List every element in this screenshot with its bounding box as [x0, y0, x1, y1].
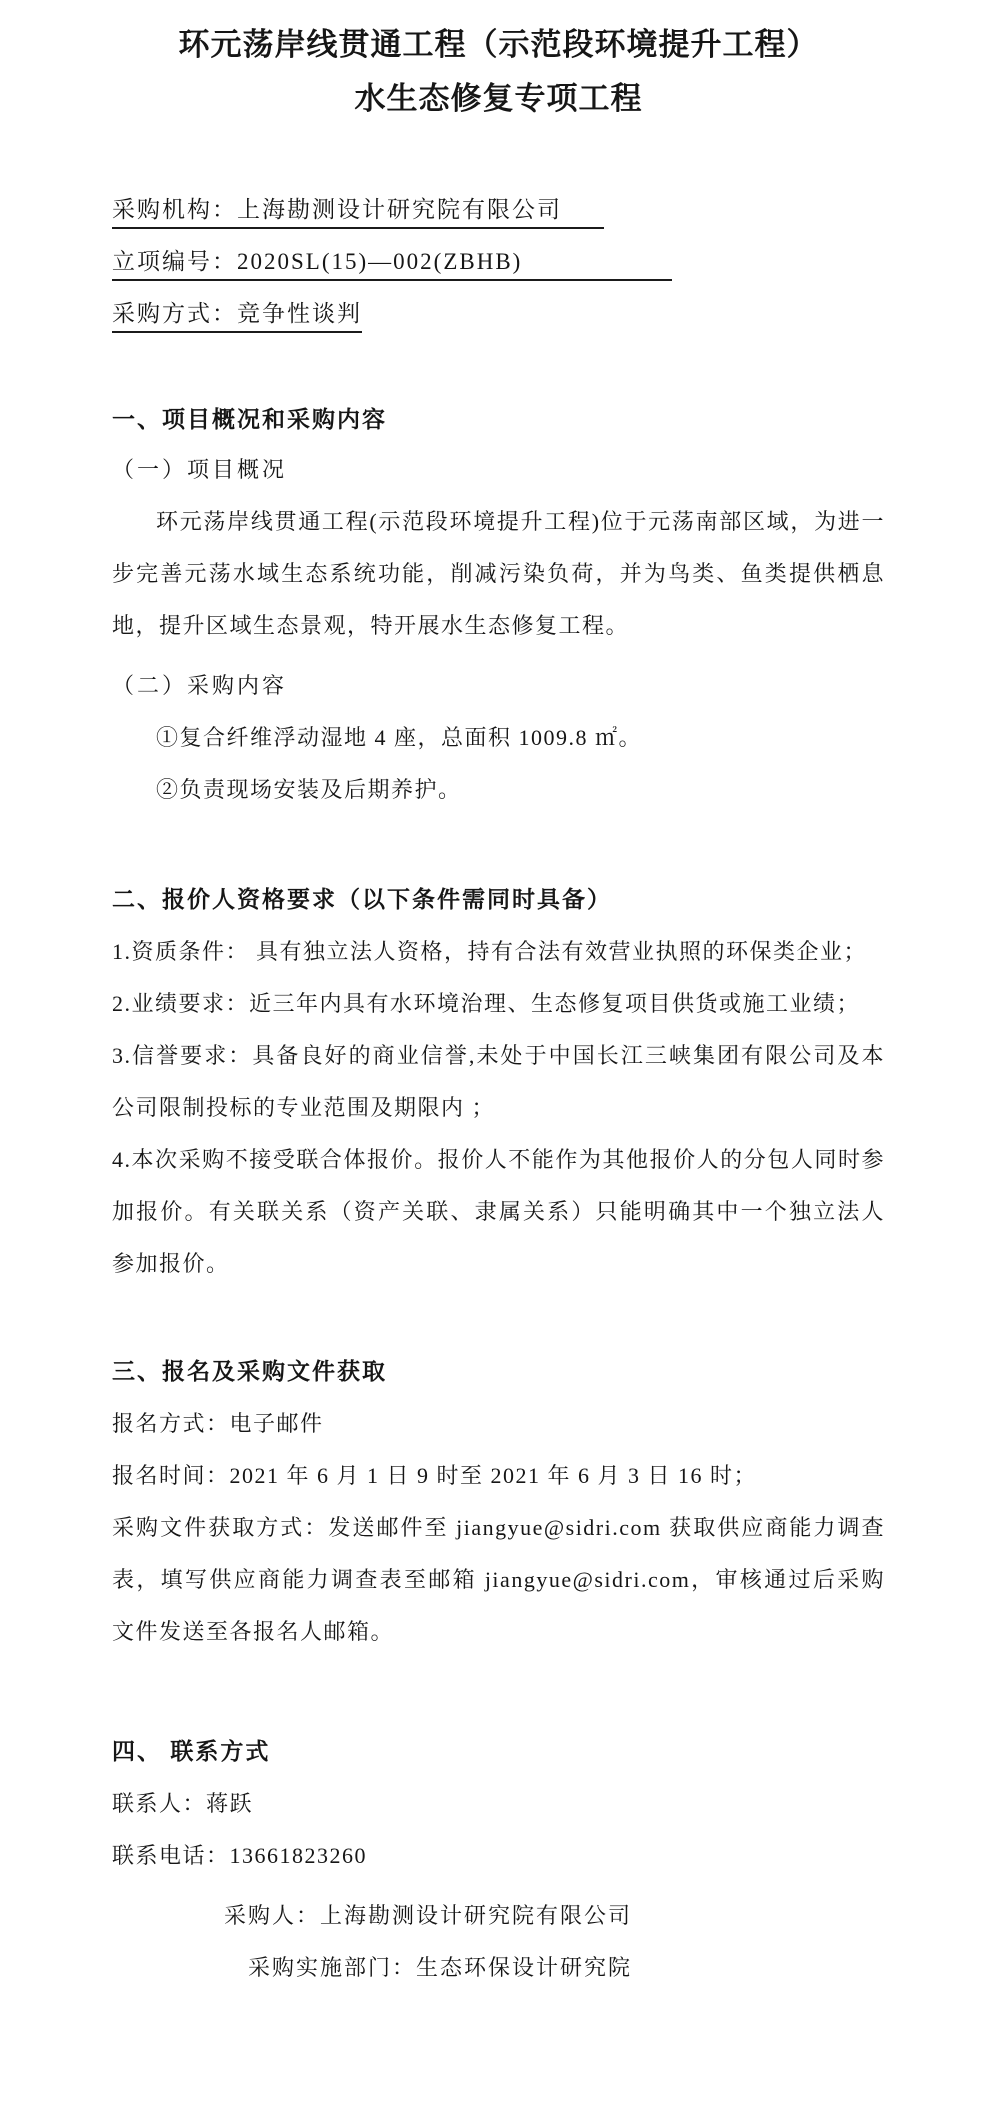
- section2-heading: 二、报价人资格要求（以下条件需同时具备）: [112, 882, 885, 916]
- document-title-line-1: 环元荡岸线贯通工程（示范段环境提升工程）: [112, 18, 885, 72]
- meta-project-no-text: 立项编号：2020SL(15)—002(ZBHB): [112, 247, 672, 281]
- meta-method-text: 采购方式：竞争性谈判: [112, 299, 362, 333]
- section2-requirement-3: 3.信誉要求：具备良好的商业信誉,未处于中国长江三峡集团有限公司及本公司限制投标…: [112, 1030, 885, 1134]
- meta-method-line: 采购方式：竞争性谈判: [112, 288, 885, 340]
- section2-requirement-4: 4.本次采购不接受联合体报价。报价人不能作为其他报价人的分包人同时参加报价。有关…: [112, 1134, 885, 1290]
- section4-contact-person: 联系人：蒋跃: [112, 1778, 885, 1830]
- document-title-line-2: 水生态修复专项工程: [112, 72, 885, 126]
- section1-procurement-item-1: ①复合纤维浮动湿地 4 座，总面积 1009.8 ㎡。: [112, 712, 885, 764]
- section2-requirement-2: 2.业绩要求：近三年内具有水环境治理、生态修复项目供货或施工业绩；: [112, 978, 885, 1030]
- section3-signup-time: 报名时间：2021 年 6 月 1 日 9 时至 2021 年 6 月 3 日 …: [112, 1450, 885, 1502]
- section1-subheading-content: （二）采购内容: [112, 660, 885, 712]
- meta-block: 采购机构：上海勘测设计研究院有限公司 立项编号：2020SL(15)—002(Z…: [112, 184, 885, 340]
- footer-purchaser: 采购人：上海勘测设计研究院有限公司: [112, 1890, 632, 1942]
- section3-file-access: 采购文件获取方式：发送邮件至 jiangyue@sidri.com 获取供应商能…: [112, 1502, 885, 1658]
- section1-heading: 一、项目概况和采购内容: [112, 402, 885, 436]
- section3-signup-method: 报名方式：电子邮件: [112, 1398, 885, 1450]
- section1-subheading-overview: （一）项目概况: [112, 444, 885, 496]
- meta-project-no-line: 立项编号：2020SL(15)—002(ZBHB): [112, 236, 885, 288]
- section2-requirement-1: 1.资质条件： 具有独立法人资格，持有合法有效营业执照的环保类企业；: [112, 926, 885, 978]
- footer-signature-block: 采购人：上海勘测设计研究院有限公司 采购实施部门：生态环保设计研究院: [112, 1890, 885, 1994]
- meta-agency-line: 采购机构：上海勘测设计研究院有限公司: [112, 184, 885, 236]
- section4-heading: 四、 联系方式: [112, 1734, 885, 1768]
- section1-overview-paragraph: 环元荡岸线贯通工程(示范段环境提升工程)位于元荡南部区域，为进一步完善元荡水域生…: [112, 496, 885, 652]
- footer-department: 采购实施部门：生态环保设计研究院: [112, 1942, 632, 1994]
- document-page: 环元荡岸线贯通工程（示范段环境提升工程） 水生态修复专项工程 采购机构：上海勘测…: [0, 0, 1000, 2103]
- meta-agency-text: 采购机构：上海勘测设计研究院有限公司: [112, 195, 604, 229]
- section4-contact-phone: 联系电话：13661823260: [112, 1830, 885, 1882]
- section1-procurement-item-2: ②负责现场安装及后期养护。: [112, 764, 885, 816]
- section3-heading: 三、报名及采购文件获取: [112, 1354, 885, 1388]
